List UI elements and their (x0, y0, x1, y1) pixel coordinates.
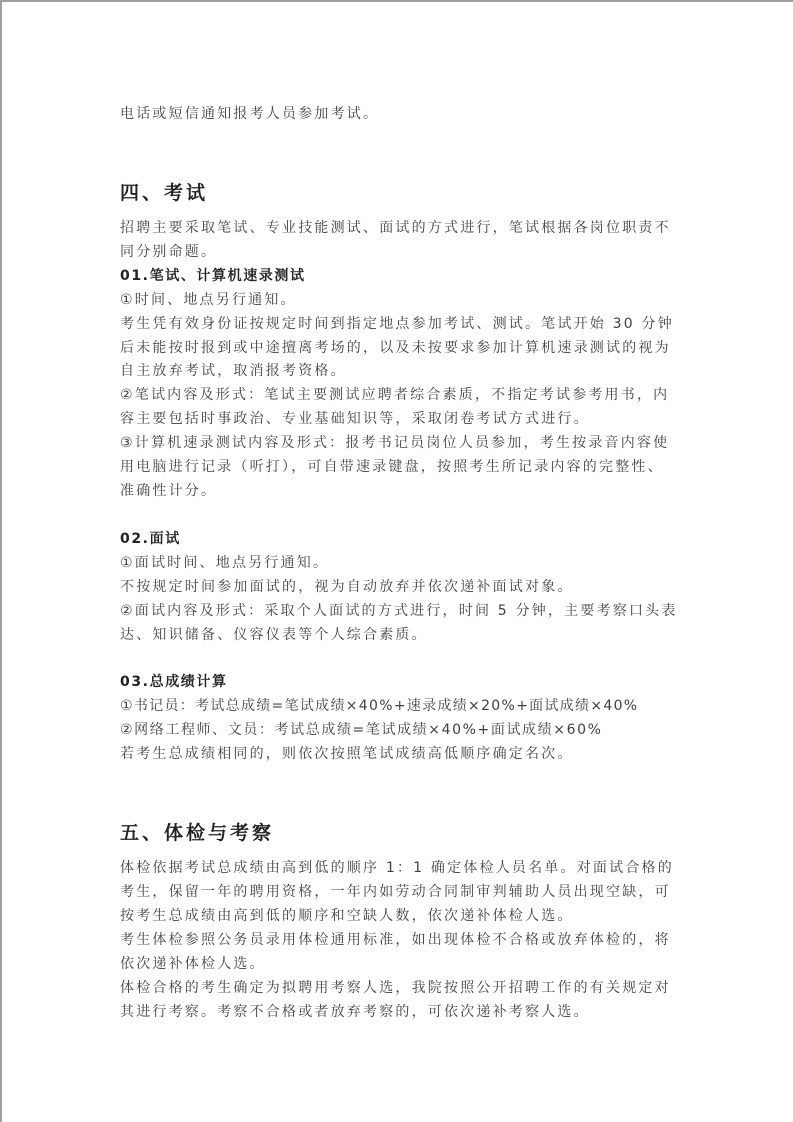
paragraph-line: 若考生总成绩相同的，则依次按照笔试成绩高低顺序确定名次。 (120, 744, 574, 764)
paragraph-line: 考生体检参照公务员录用体检通用标准，如出现体检不合格或放弃体检的，将 (120, 930, 671, 950)
paragraph-line: 不按规定时间参加面试的，视为自动放弃并依次递补面试对象。 (120, 577, 574, 597)
paragraph-line: 体检依据考试总成绩由高到低的顺序 1：1 确定体检人员名单。对面试合格的 (120, 858, 674, 878)
section-4-heading: 四、考试 (120, 180, 208, 206)
paragraph-line: 其进行考察。考察不合格或者放弃考察的，可依次递补考察人选。 (120, 1002, 590, 1022)
paragraph-line: 后未能按时报到或中途擅离考场的，以及未按要求参加计算机速录测试的视为 (120, 338, 671, 358)
paragraph-line: ③计算机速录测试内容及形式：报考书记员岗位人员参加，考生按录音内容使 (120, 433, 669, 453)
paragraph-line: 依次递补体检人选。 (120, 954, 266, 974)
paragraph-line: ②面试内容及形式：采取个人面试的方式进行，时间 5 分钟，主要考察口头表 (120, 601, 678, 621)
section-4-intro-line: 同分别命题。 (120, 242, 217, 262)
paragraph-line: ②笔试内容及形式：笔试主要测试应聘者综合素质，不指定考试参考用书，内 (120, 385, 669, 405)
intro-tail-text: 电话或短信通知报考人员参加考试。 (120, 104, 379, 124)
paragraph-line: 容主要包括时事政治、专业基础知识等，采取闭卷考试方式进行。 (120, 409, 590, 429)
paragraph-line: 达、知识储备、仪容仪表等个人综合素质。 (120, 625, 428, 645)
subsection-01-heading: 01.笔试、计算机速录测试 (120, 266, 306, 286)
paragraph-line: 考生凭有效身份证按规定时间到指定地点参加考试、测试。笔试开始 30 分钟 (120, 314, 674, 334)
paragraph-line: 考生，保留一年的聘用资格，一年内如劳动合同制审判辅助人员出现空缺，可 (120, 882, 671, 902)
paragraph-line: 自主放弃考试，取消报考资格。 (120, 361, 347, 381)
paragraph-line: 用电脑进行记录（听打），可自带速录键盘，按照考生所记录内容的完整性、 (120, 457, 664, 477)
subsection-03-heading: 03.总成绩计算 (120, 672, 228, 692)
section-4-intro-line: 招聘主要采取笔试、专业技能测试、面试的方式进行，笔试根据各岗位职责不 (120, 218, 671, 238)
paragraph-line: ①时间、地点另行通知。 (120, 290, 297, 310)
section-5-heading: 五、体检与考察 (120, 820, 274, 846)
subsection-02-heading: 02.面试 (120, 529, 181, 549)
formula-line: ②网络工程师、文员：考试总成绩=笔试成绩×40%+面试成绩×60% (120, 720, 603, 740)
paragraph-line: 准确性计分。 (120, 481, 217, 501)
formula-line: ①书记员：考试总成绩=笔试成绩×40%+速录成绩×20%+面试成绩×40% (120, 696, 638, 716)
paragraph-line: 按考生总成绩由高到低的顺序和空缺人数，依次递补体检人选。 (120, 906, 574, 926)
paragraph-line: ①面试时间、地点另行通知。 (120, 553, 329, 573)
paragraph-line: 体检合格的考生确定为拟聘用考察人选，我院按照公开招聘工作的有关规定对 (120, 978, 671, 998)
